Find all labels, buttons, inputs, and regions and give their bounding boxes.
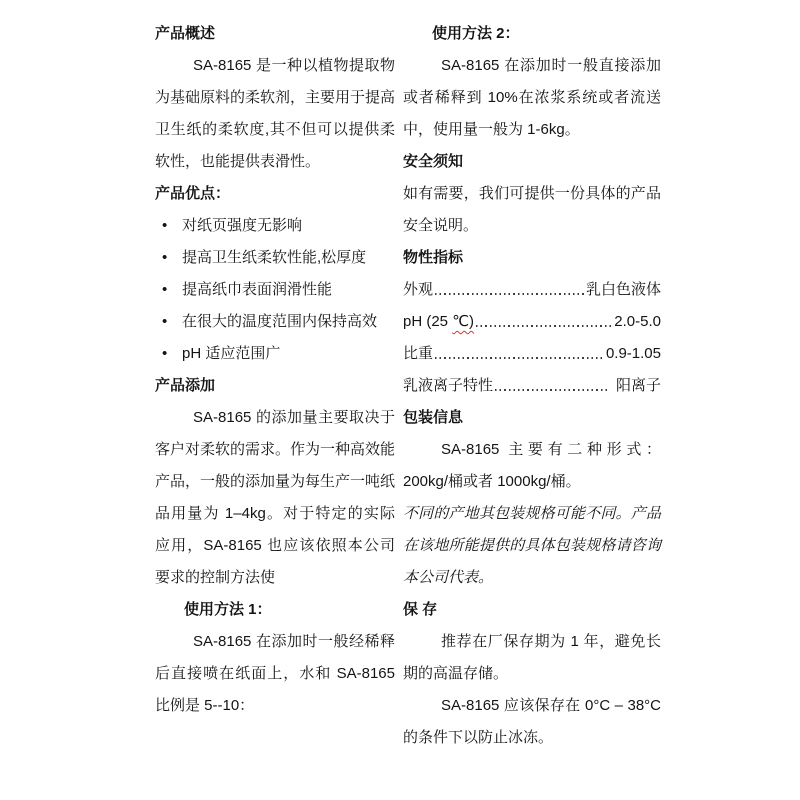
heading-usage-method-1: 使用方法 1： xyxy=(155,594,395,626)
dotted-leader xyxy=(435,274,584,306)
property-row-specific-gravity: 比重 0.9-1.05 xyxy=(403,338,661,370)
property-label: 乳液离子特性 xyxy=(403,370,493,402)
dotted-leader xyxy=(495,370,608,402)
property-value: 乳白色液体 xyxy=(586,274,661,306)
list-item: 在很大的温度范围内保持高效 xyxy=(155,306,395,338)
paragraph-usage-method-2: SA-8165 在添加时一般直接添加或者稀释到 10%在浓浆系统或者流送中，使用… xyxy=(403,50,661,146)
spellcheck-underline: ℃) xyxy=(452,313,474,330)
heading-usage-method-2: 使用方法 2： xyxy=(403,18,661,50)
property-label: pH (25 ℃) xyxy=(403,306,474,338)
dotted-leader xyxy=(435,338,604,370)
paragraph-safety-notice: 如有需要，我们可提供一份具体的产品安全说明。 xyxy=(403,178,661,242)
heading-physical-properties: 物性指标 xyxy=(403,242,661,274)
right-column: 使用方法 2： SA-8165 在添加时一般直接添加或者稀释到 10%在浓浆系统… xyxy=(403,18,661,754)
paragraph-product-dosage: SA-8165 的添加量主要取决于客户对柔软的需求。作为一种高效能产品，一般的添… xyxy=(155,402,395,594)
paragraph-packaging-info: SA-8165 主要有二种形式：200kg/桶或者 1000kg/桶。 xyxy=(403,434,661,498)
advantages-list: 对纸页强度无影响 提高卫生纸柔软性能,松厚度 提高纸巾表面润滑性能 在很大的温度… xyxy=(155,210,395,370)
property-row-ph: pH (25 ℃) 2.0-5.0 xyxy=(403,306,661,338)
list-item: 提高卫生纸柔软性能,松厚度 xyxy=(155,242,395,274)
heading-storage: 保 存 xyxy=(403,594,661,626)
packaging-note: 不同的产地其包装规格可能不同。产品在该地所能提供的具体包装规格请咨询本公司代表。 xyxy=(403,498,661,594)
paragraph-storage-1: 推荐在厂保存期为 1 年，避免长期的高温存储。 xyxy=(403,626,661,690)
property-row-appearance: 外观 乳白色液体 xyxy=(403,274,661,306)
property-label-text: pH (25 xyxy=(403,313,452,330)
paragraph-storage-2: SA-8165 应该保存在 0°C – 38°C 的条件下以防止冰冻。 xyxy=(403,690,661,754)
property-value: 阳离子 xyxy=(616,370,661,402)
document-page: 产品概述 SA-8165 是一种以植物提取物为基础原料的柔软剂，主要用于提高卫生… xyxy=(155,18,661,754)
property-row-ionic-character: 乳液离子特性 阳离子 xyxy=(403,370,661,402)
list-item: pH 适应范围广 xyxy=(155,338,395,370)
heading-product-overview: 产品概述 xyxy=(155,18,395,50)
property-label: 外观 xyxy=(403,274,433,306)
left-column: 产品概述 SA-8165 是一种以植物提取物为基础原料的柔软剂，主要用于提高卫生… xyxy=(155,18,395,722)
heading-packaging-info: 包装信息 xyxy=(403,402,661,434)
list-item: 对纸页强度无影响 xyxy=(155,210,395,242)
heading-product-dosage: 产品添加 xyxy=(155,370,395,402)
dotted-leader xyxy=(476,306,612,338)
list-item: 提高纸巾表面润滑性能 xyxy=(155,274,395,306)
property-label: 比重 xyxy=(403,338,433,370)
property-value: 2.0-5.0 xyxy=(614,306,661,338)
property-value: 0.9-1.05 xyxy=(606,338,661,370)
heading-safety-notice: 安全须知 xyxy=(403,146,661,178)
paragraph-usage-method-1: SA-8165 在添加时一般经稀释后直接喷在纸面上，水和 SA-8165 比例是… xyxy=(155,626,395,722)
paragraph-product-overview: SA-8165 是一种以植物提取物为基础原料的柔软剂，主要用于提高卫生纸的柔软度… xyxy=(155,50,395,178)
heading-product-advantages: 产品优点： xyxy=(155,178,395,210)
